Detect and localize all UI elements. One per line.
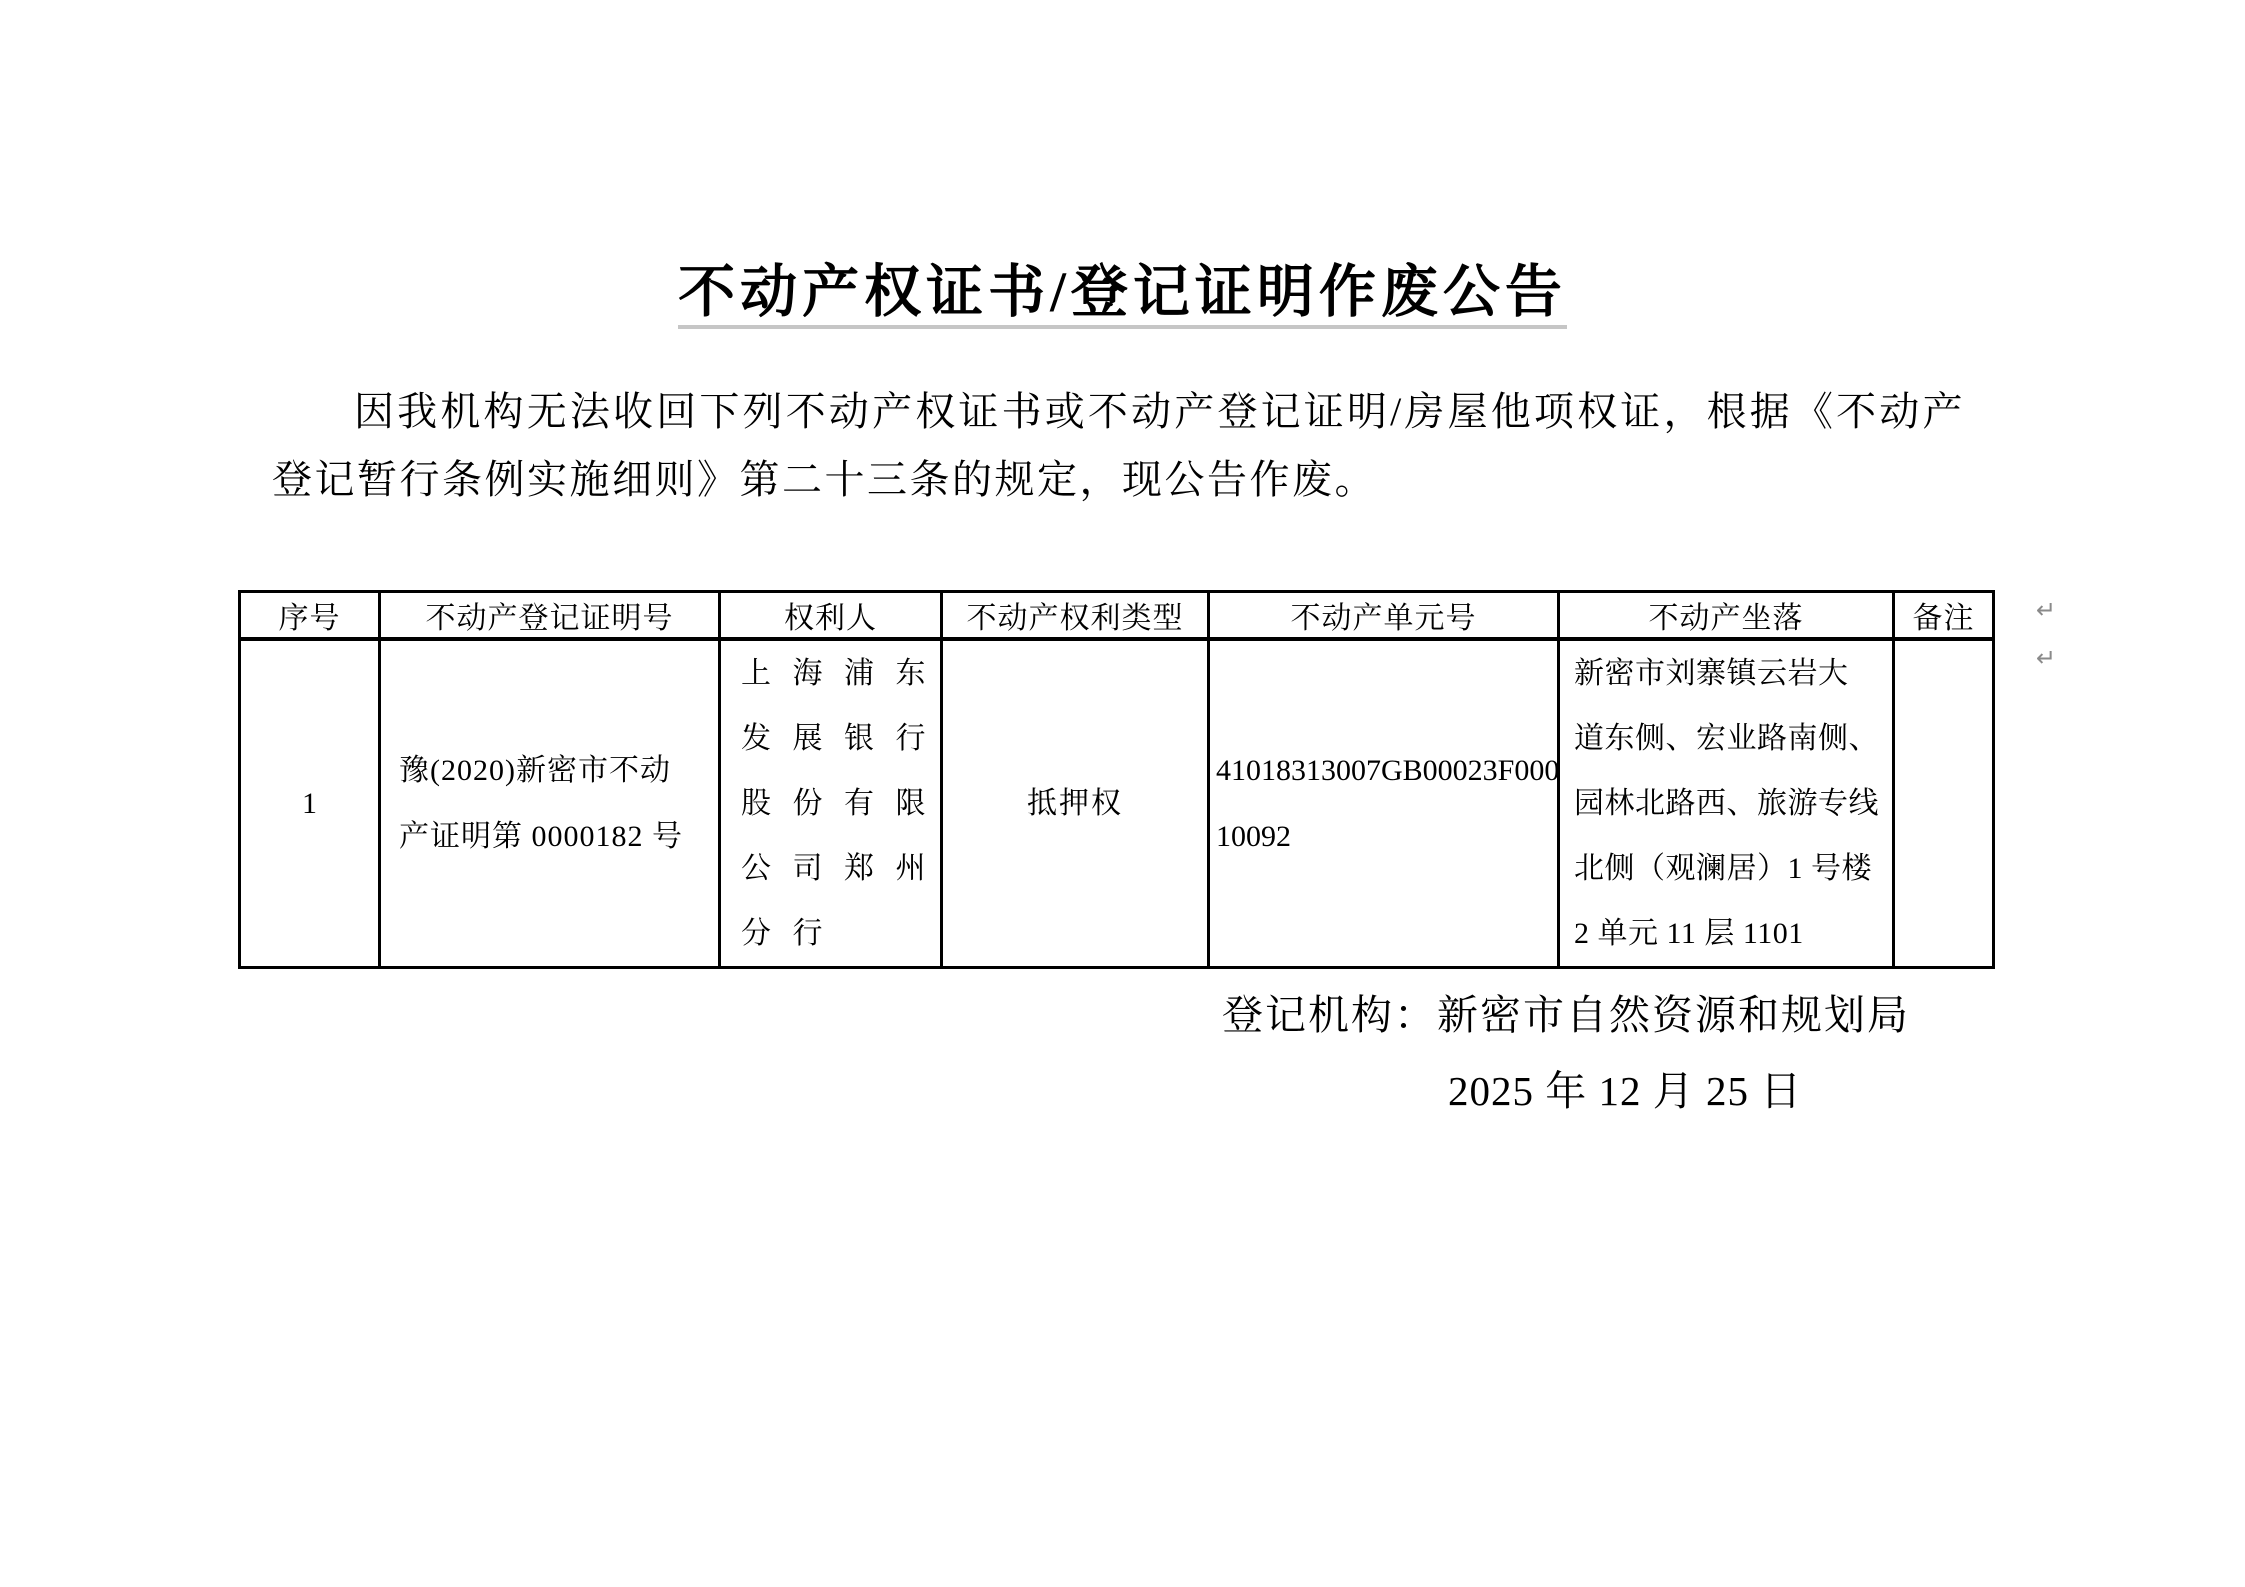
page-title: 不动产权证书/登记证明作废公告 xyxy=(0,246,2245,328)
date-line: 2025 年 12 月 25 日 xyxy=(1448,1058,1802,1117)
cell-seq: 1 xyxy=(240,639,380,968)
intro-line-1: 因我机构无法收回下列不动产权证书或不动产登记证明/房屋他项权证，根据《不动产 xyxy=(272,378,1965,446)
cert-no-line: 豫(2020)新密市不动 xyxy=(399,738,718,804)
holder-line: 上 海 浦 东 xyxy=(741,641,940,706)
cell-unit-no: 41018313007GB00023F000 10092 xyxy=(1209,639,1559,968)
cell-cert-no: 豫(2020)新密市不动 产证明第 0000182 号 xyxy=(380,639,720,968)
location-line: 道东侧、宏业路南侧、 xyxy=(1574,706,1892,771)
location-line: 新密市刘寨镇云岩大 xyxy=(1574,641,1892,706)
cell-location: 新密市刘寨镇云岩大 道东侧、宏业路南侧、 园林北路西、旅游专线 北侧（观澜居）1… xyxy=(1559,639,1894,968)
unit-no-line: 41018313007GB00023F000 xyxy=(1216,738,1557,804)
holder-line: 发 展 银 行 xyxy=(741,706,940,771)
cell-right-type: 抵押权 xyxy=(942,639,1209,968)
cell-holder: 上 海 浦 东 发 展 银 行 股 份 有 限 公 司 郑 州 分 行 xyxy=(720,639,942,968)
page-title-text: 不动产权证书/登记证明作废公告 xyxy=(678,261,1567,329)
cert-no-line: 产证明第 0000182 号 xyxy=(399,804,718,870)
col-header-right-type: 不动产权利类型 xyxy=(942,592,1209,640)
table-header-row: 序号 不动产登记证明号 权利人 不动产权利类型 不动产单元号 不动产坐落 备注 xyxy=(240,592,1994,640)
col-header-seq: 序号 xyxy=(240,592,380,640)
paragraph-mark-icon: ↵ xyxy=(2036,646,2056,670)
col-header-remark: 备注 xyxy=(1894,592,1994,640)
paragraph-mark-icon: ↵ xyxy=(2036,598,2056,622)
holder-line: 股 份 有 限 xyxy=(741,771,940,836)
certificates-table: 序号 不动产登记证明号 权利人 不动产权利类型 不动产单元号 不动产坐落 备注 … xyxy=(238,590,1995,969)
location-line: 北侧（观澜居）1 号楼 xyxy=(1574,836,1892,901)
holder-line: 公 司 郑 州 xyxy=(741,836,940,901)
col-header-unit-no: 不动产单元号 xyxy=(1209,592,1559,640)
document-page: 不动产权证书/登记证明作废公告 因我机构无法收回下列不动产权证书或不动产登记证明… xyxy=(0,0,2245,1587)
cell-remark xyxy=(1894,639,1994,968)
location-line: 园林北路西、旅游专线 xyxy=(1574,771,1892,836)
col-header-location: 不动产坐落 xyxy=(1559,592,1894,640)
location-line: 2 单元 11 层 1101 xyxy=(1574,901,1892,966)
intro-line-2: 登记暂行条例实施细则》第二十三条的规定，现公告作废。 xyxy=(272,446,1965,514)
table-row: 1 豫(2020)新密市不动 产证明第 0000182 号 上 海 浦 东 发 … xyxy=(240,639,1994,968)
col-header-cert-no: 不动产登记证明号 xyxy=(380,592,720,640)
registrar-line: 登记机构：新密市自然资源和规划局 xyxy=(1222,982,1910,1041)
intro-paragraph: 因我机构无法收回下列不动产权证书或不动产登记证明/房屋他项权证，根据《不动产 登… xyxy=(272,378,1965,514)
unit-no-line: 10092 xyxy=(1216,804,1557,870)
col-header-holder: 权利人 xyxy=(720,592,942,640)
holder-line: 分 行 xyxy=(741,901,940,966)
